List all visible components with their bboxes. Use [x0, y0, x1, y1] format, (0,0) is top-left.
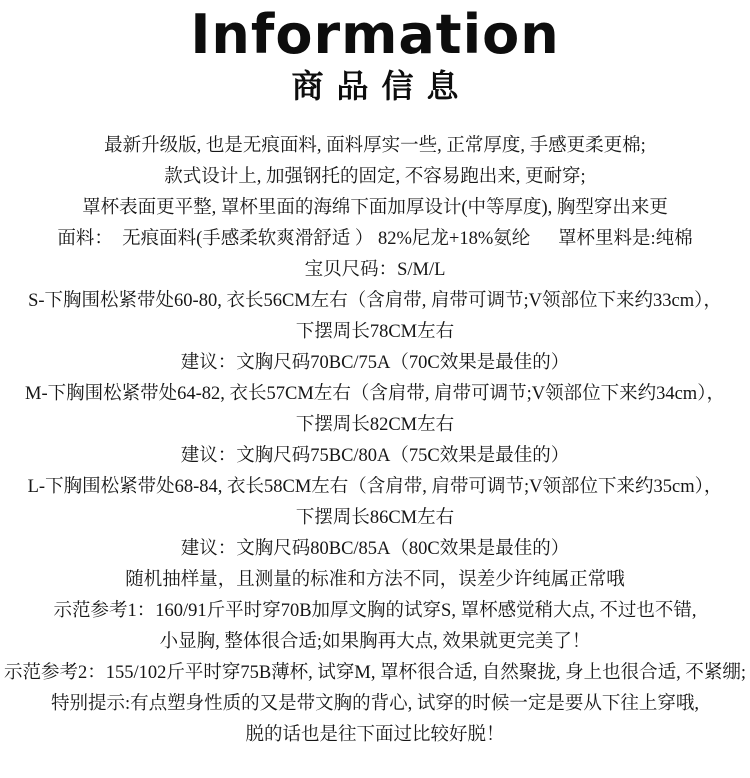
info-line-size-s-suggestion: 建议：文胸尺码70BC/75A（70C效果是最佳的）	[0, 348, 750, 379]
product-description-text: 最新升级版, 也是无痕面料, 面料厚实一些, 正常厚度, 手感更柔更棉; 款式设…	[0, 131, 750, 751]
info-line-example-1: 示范参考1：160/91斤平时穿70B加厚文胸的试穿S, 罩杯感觉稍大点, 不过…	[0, 596, 750, 627]
info-line-size-l-hem: 下摆周长86CM左右	[0, 503, 750, 534]
page-subtitle: 商品信息	[0, 66, 750, 106]
info-line-fabric: 面料： 无痕面料(手感柔软爽滑舒适 ） 82%尼龙+18%氨纶 罩杯里料是:纯棉	[0, 224, 750, 255]
info-line: 最新升级版, 也是无痕面料, 面料厚实一些, 正常厚度, 手感更柔更棉;	[0, 131, 750, 162]
info-line-note: 随机抽样量，且测量的标准和方法不同，误差少许纯属正常哦	[0, 565, 750, 596]
info-line-size-s: S-下胸围松紧带处60-80, 衣长56CM左右（含肩带, 肩带可调节;V领部位…	[0, 286, 750, 317]
info-line-size-m-hem: 下摆周长82CM左右	[0, 410, 750, 441]
page-title: Information	[0, 4, 750, 66]
info-line-example-2: 示范参考2：155/102斤平时穿75B薄杯, 试穿M, 罩杯很合适, 自然聚拢…	[0, 658, 750, 689]
info-line-example-1b: 小显胸, 整体很合适;如果胸再大点, 效果就更完美了！	[0, 627, 750, 658]
info-line-size-l: L-下胸围松紧带处68-84, 衣长58CM左右（含肩带, 肩带可调节;V领部位…	[0, 472, 750, 503]
info-line-tip: 特别提示:有点塑身性质的又是带文胸的背心, 试穿的时候一定是要从下往上穿哦,	[0, 689, 750, 720]
info-line-size-m-suggestion: 建议：文胸尺码75BC/80A（75C效果是最佳的）	[0, 441, 750, 472]
info-line-size-m: M-下胸围松紧带处64-82, 衣长57CM左右（含肩带, 肩带可调节;V领部位…	[0, 379, 750, 410]
info-line-size-s-hem: 下摆周长78CM左右	[0, 317, 750, 348]
info-line-size-l-suggestion: 建议：文胸尺码80BC/85A（80C效果是最佳的）	[0, 534, 750, 565]
info-line: 款式设计上, 加强钢托的固定, 不容易跑出来, 更耐穿;	[0, 162, 750, 193]
info-line-sizes: 宝贝尺码：S/M/L	[0, 255, 750, 286]
info-line-tip-2: 脱的话也是往下面过比较好脱！	[0, 720, 750, 751]
info-line: 罩杯表面更平整, 罩杯里面的海绵下面加厚设计(中等厚度), 胸型穿出来更	[0, 193, 750, 224]
product-info-page: Information 商品信息 最新升级版, 也是无痕面料, 面料厚实一些, …	[0, 4, 750, 778]
